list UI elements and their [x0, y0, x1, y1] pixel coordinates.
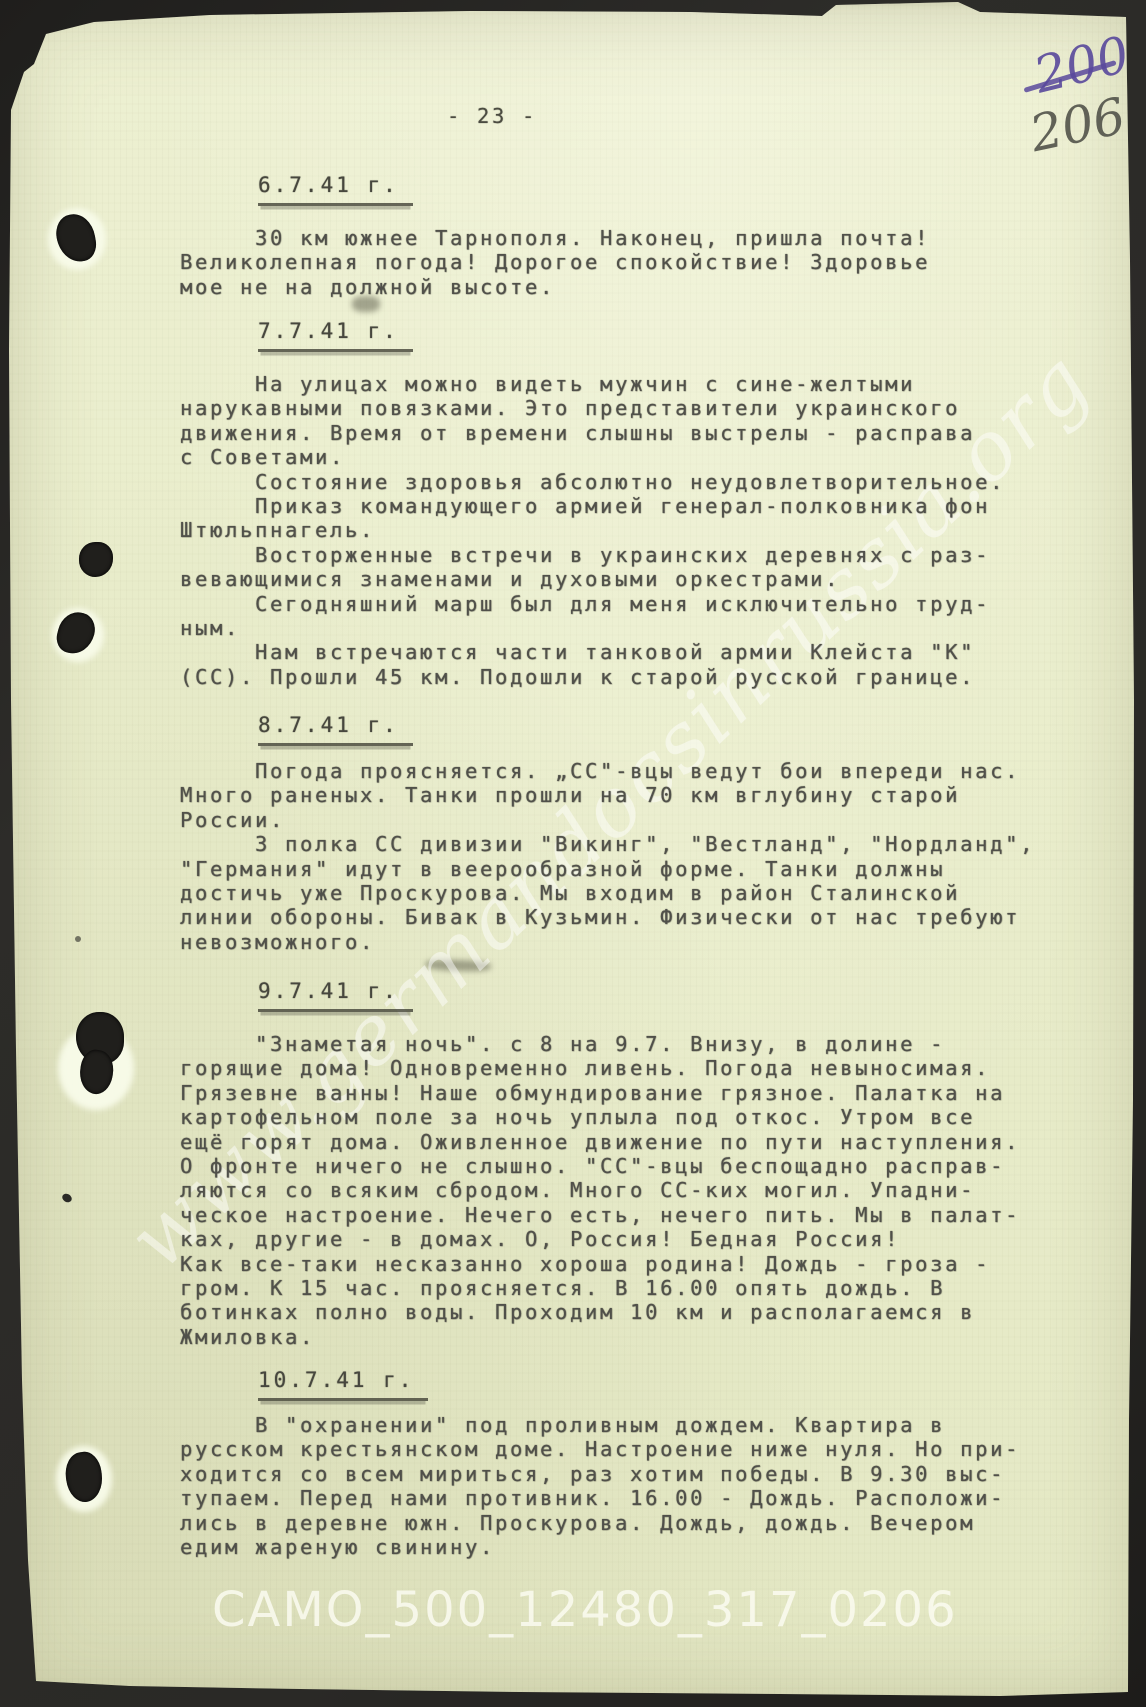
entry-date-heading: 7.7.41 г. [258, 318, 413, 352]
page-number: - 23 - [447, 104, 537, 128]
entry-text: В "охранении" под проливным дождем. Квар… [180, 1413, 1080, 1559]
archive-code-watermark: CAMO_500_12480_317_0206 [212, 1582, 958, 1638]
entry-date-heading: 6.7.41 г. [258, 172, 413, 206]
scan-background: www.germandocsinrussia.org - 23 - 200 20… [0, 0, 1146, 1707]
ink-speck [75, 936, 81, 942]
entry-text: "Знаметая ночь". с 8 на 9.7. Внизу, в до… [180, 1032, 1080, 1349]
entry-text: Погода проясняется. „СС"-вцы ведут бои в… [180, 759, 1080, 954]
entry-date-heading: 8.7.41 г. [258, 712, 413, 746]
entry-date-heading: 9.7.41 г. [258, 978, 413, 1012]
entry-text: На улицах можно видеть мужчин с сине-жел… [180, 372, 1080, 689]
entry-text: 30 км южнее Тарнополя. Наконец, пришла п… [180, 226, 1080, 299]
entry-date-heading: 10.7.41 г. [258, 1367, 428, 1401]
